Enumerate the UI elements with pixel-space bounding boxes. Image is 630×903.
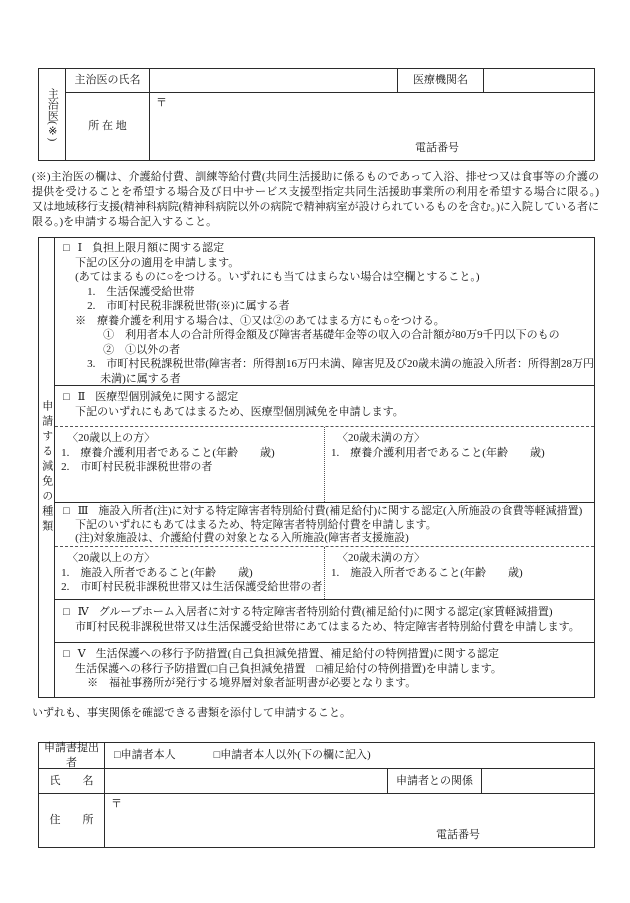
- doctor-info-table: 主治医(※) 主治医の氏名 医療機関名 所 在 地 〒 電話番号: [38, 68, 595, 161]
- postal-mark-icon: 〒: [111, 798, 122, 810]
- adult-condition-2: 2. 市町村民税非課税世帯の者: [55, 460, 324, 475]
- section-2-adult-column: 〈20歳以上の方〉 1. 療養介護利用者であること(年齢 歳) 2. 市町村民税…: [55, 427, 324, 502]
- section-3-adult-column: 〈20歳以上の方〉 1. 施設入所者であること(年齢 歳) 2. 市町村民税非課…: [55, 547, 324, 599]
- doctor-address-row: 所 在 地 〒 電話番号: [66, 93, 594, 160]
- section-4-title: グループホーム入居者に対する特定障害者特別給付費(補足給付)に関する認定(家賃軽…: [99, 606, 553, 618]
- application-form-page: 主治医(※) 主治医の氏名 医療機関名 所 在 地 〒 電話番号 (※)主治医の…: [0, 0, 630, 903]
- section-1-item-2: 2. 市町村民税非課税世帯(※)に属する者: [55, 299, 594, 314]
- self-burden-option-label: 自己負担減免措置: [217, 663, 316, 675]
- doctor-name-row: 主治医の氏名 医療機関名: [66, 69, 594, 93]
- section-3-title: 施設入所者(注)に対する特定障害者特別給付費(補足給付)に関する認定(入所施設の…: [98, 505, 582, 517]
- submitter-name-label: 氏 名: [39, 769, 105, 793]
- doctor-side-label: 主治医(※): [45, 88, 60, 141]
- section-5: □Ⅴ生活保護への移行予防措置(自己負担減免措置、補足給付の特例措置)に関する認定…: [55, 643, 594, 697]
- submitter-phone-label: 電話番号: [436, 828, 480, 843]
- exemption-side-label: 申請する減免の種類: [39, 400, 54, 535]
- submitter-table: 申請書提出者 □申請者本人 □申請者本人以外(下の欄に記入) 氏 名 申請者との…: [38, 742, 595, 848]
- section-1-item-1: 1. 生活保護受給世帯: [55, 285, 594, 300]
- section-2-numeral: Ⅱ: [78, 390, 85, 405]
- section-2: □Ⅱ医療型個別減免に関する認定 下記のいずれにもあてはまるため、医療型個別減免を…: [55, 386, 594, 503]
- doctor-phone-label: 電話番号: [415, 141, 459, 156]
- adult-column-heading: 〈20歳以上の方〉: [55, 431, 324, 446]
- section-3-line: 下記のいずれにもあてはまるため、特定障害者特別給付費を申請します。: [55, 519, 594, 533]
- submitter-type-row: 申請書提出者 □申請者本人 □申請者本人以外(下の欄に記入): [39, 743, 594, 769]
- doctor-address-label: 所 在 地: [66, 93, 150, 160]
- section-1-checkbox[interactable]: □: [63, 241, 70, 256]
- section-4-checkbox[interactable]: □: [63, 605, 70, 620]
- exemption-side-label-cell: 申請する減免の種類: [39, 238, 55, 697]
- postal-mark-icon: 〒: [156, 97, 167, 109]
- section-2-header: □Ⅱ医療型個別減免に関する認定 下記のいずれにもあてはまるため、医療型個別減免を…: [55, 386, 594, 426]
- section-1-title-row: □Ⅰ負担上限月額に関する認定: [55, 241, 594, 256]
- relation-field[interactable]: [482, 769, 594, 793]
- section-4-line: 市町村民税非課税世帯又は生活保護受給世帯にあてはまるため、特定障害者特別給付費を…: [55, 620, 594, 635]
- section-4-title-row: □Ⅳグループホーム入居者に対する特定障害者特別給付費(補足給付)に関する認定(家…: [55, 605, 594, 620]
- exemption-type-table: 申請する減免の種類 □Ⅰ負担上限月額に関する認定 下記の区分の適用を申請します。…: [38, 237, 595, 698]
- minor-column-heading: 〈20歳未満の方〉: [325, 551, 594, 566]
- doctor-table-body: 主治医の氏名 医療機関名 所 在 地 〒 電話番号: [66, 69, 594, 160]
- section-1-subitem-1: ① 利用者本人の合計所得金額及び障害者基礎年金等の収入の合計額が80万9千円以下…: [55, 328, 594, 343]
- doctor-name-field[interactable]: [150, 69, 398, 92]
- doctor-address-field[interactable]: 〒 電話番号: [150, 93, 594, 160]
- section-5-sub-post: )を申請します。: [422, 663, 502, 675]
- submitter-name-field[interactable]: [105, 769, 388, 793]
- section-2-title: 医療型個別減免に関する認定: [95, 391, 238, 403]
- adult-column-heading: 〈20歳以上の方〉: [55, 551, 324, 566]
- section-3-conditions: 〈20歳以上の方〉 1. 施設入所者であること(年齢 歳) 2. 市町村民税非課…: [55, 546, 594, 599]
- section-3-note: (注)対象施設は、介護給付費の対象となる入所施設(障害者支援施設): [55, 532, 594, 546]
- minor-column-heading: 〈20歳未満の方〉: [325, 431, 594, 446]
- exemption-sections: □Ⅰ負担上限月額に関する認定 下記の区分の適用を申請します。 (あてはまるものに…: [55, 238, 594, 697]
- section-1-note: ※ 療養介護を利用する場合は、①又は②のあてはまる方にも○をつける。: [55, 314, 594, 329]
- section-2-line: 下記のいずれにもあてはまるため、医療型個別減免を申請します。: [55, 405, 594, 420]
- section-3-minor-column: 〈20歳未満の方〉 1. 施設入所者であること(年齢 歳): [324, 547, 594, 599]
- submitter-other-option[interactable]: □申請者本人以外(下の欄に記入): [214, 748, 371, 763]
- adult-condition-2: 2. 市町村民税非課税世帯又は生活保護受給世帯の者: [55, 580, 324, 595]
- section-3: □Ⅲ施設入所者(注)に対する特定障害者特別給付費(補足給付)に関する認定(入所施…: [55, 503, 594, 600]
- section-1-item-3-wrap: 未満)に属する者: [55, 372, 594, 387]
- section-1-subitem-2: ② ①以外の者: [55, 343, 594, 358]
- section-5-note: ※ 福祉事務所が発行する境界層対象者証明書が必要となります。: [55, 676, 594, 691]
- section-3-numeral: Ⅲ: [78, 505, 89, 519]
- section-1: □Ⅰ負担上限月額に関する認定 下記の区分の適用を申請します。 (あてはまるものに…: [55, 238, 594, 386]
- section-5-title-row: □Ⅴ生活保護への移行予防措置(自己負担減免措置、補足給付の特例措置)に関する認定: [55, 647, 594, 662]
- section-5-title: 生活保護への移行予防措置(自己負担減免措置、補足給付の特例措置)に関する認定: [96, 648, 499, 660]
- section-2-title-row: □Ⅱ医療型個別減免に関する認定: [55, 390, 594, 405]
- section-5-checkbox[interactable]: □: [63, 647, 70, 662]
- section-3-title-row: □Ⅲ施設入所者(注)に対する特定障害者特別給付費(補足給付)に関する認定(入所施…: [55, 505, 594, 519]
- section-2-conditions: 〈20歳以上の方〉 1. 療養介護利用者であること(年齢 歳) 2. 市町村民税…: [55, 426, 594, 502]
- submitter-address-label: 住 所: [39, 794, 105, 847]
- adult-condition-1: 1. 施設入所者であること(年齢 歳): [55, 566, 324, 581]
- doctor-side-label-cell: 主治医(※): [39, 69, 66, 160]
- submitter-address-field[interactable]: 〒 電話番号: [105, 794, 594, 847]
- attachment-note: いずれも、事実関係を確認できる書類を添付して申請すること。: [32, 706, 599, 721]
- section-5-numeral: Ⅴ: [78, 647, 86, 662]
- submitter-self-option[interactable]: □申請者本人: [114, 748, 176, 763]
- minor-condition-1: 1. 施設入所者であること(年齢 歳): [325, 566, 594, 581]
- supplement-benefit-option-label: 補足給付の特例措置: [323, 663, 422, 675]
- submitter-address-row: 住 所 〒 電話番号: [39, 794, 594, 847]
- section-5-sub-pre: 生活保護への移行予防措置(: [75, 663, 211, 675]
- doctor-name-label: 主治医の氏名: [66, 69, 150, 92]
- section-5-subline: 生活保護への移行予防措置(□自己負担減免措置 □補足給付の特例措置)を申請します…: [55, 662, 594, 677]
- adult-condition-1: 1. 療養介護利用者であること(年齢 歳): [55, 446, 324, 461]
- section-3-checkbox[interactable]: □: [63, 505, 70, 519]
- section-1-item-3: 3. 市町村民税課税世帯(障害者：所得割16万円未満、障害児及び20歳未満の施設…: [55, 357, 594, 372]
- submitter-name-row: 氏 名 申請者との関係: [39, 769, 594, 794]
- medical-institution-field[interactable]: [484, 69, 594, 92]
- section-2-minor-column: 〈20歳未満の方〉 1. 療養介護利用者であること(年齢 歳): [324, 427, 594, 502]
- medical-institution-label: 医療機関名: [398, 69, 484, 92]
- minor-condition-1: 1. 療養介護利用者であること(年齢 歳): [325, 446, 594, 461]
- section-4-numeral: Ⅳ: [78, 605, 89, 620]
- relation-label: 申請者との関係: [388, 769, 482, 793]
- section-1-line: (あてはまるものに○をつける。いずれにも当てはまらない場合は空欄とすること。): [55, 270, 594, 285]
- section-1-title: 負担上限月額に関する認定: [92, 242, 224, 254]
- doctor-note-paragraph: (※)主治医の欄は、介護給付費、訓練等給付費(共同生活援助に係るものであって入浴…: [32, 170, 599, 230]
- section-3-header: □Ⅲ施設入所者(注)に対する特定障害者特別給付費(補足給付)に関する認定(入所施…: [55, 503, 594, 546]
- submitter-row-label: 申請書提出者: [39, 743, 105, 768]
- submitter-options: □申請者本人 □申請者本人以外(下の欄に記入): [105, 743, 594, 768]
- section-4: □Ⅳグループホーム入居者に対する特定障害者特別給付費(補足給付)に関する認定(家…: [55, 600, 594, 643]
- section-2-checkbox[interactable]: □: [63, 390, 70, 405]
- section-1-numeral: Ⅰ: [78, 241, 82, 256]
- section-1-line: 下記の区分の適用を申請します。: [55, 256, 594, 271]
